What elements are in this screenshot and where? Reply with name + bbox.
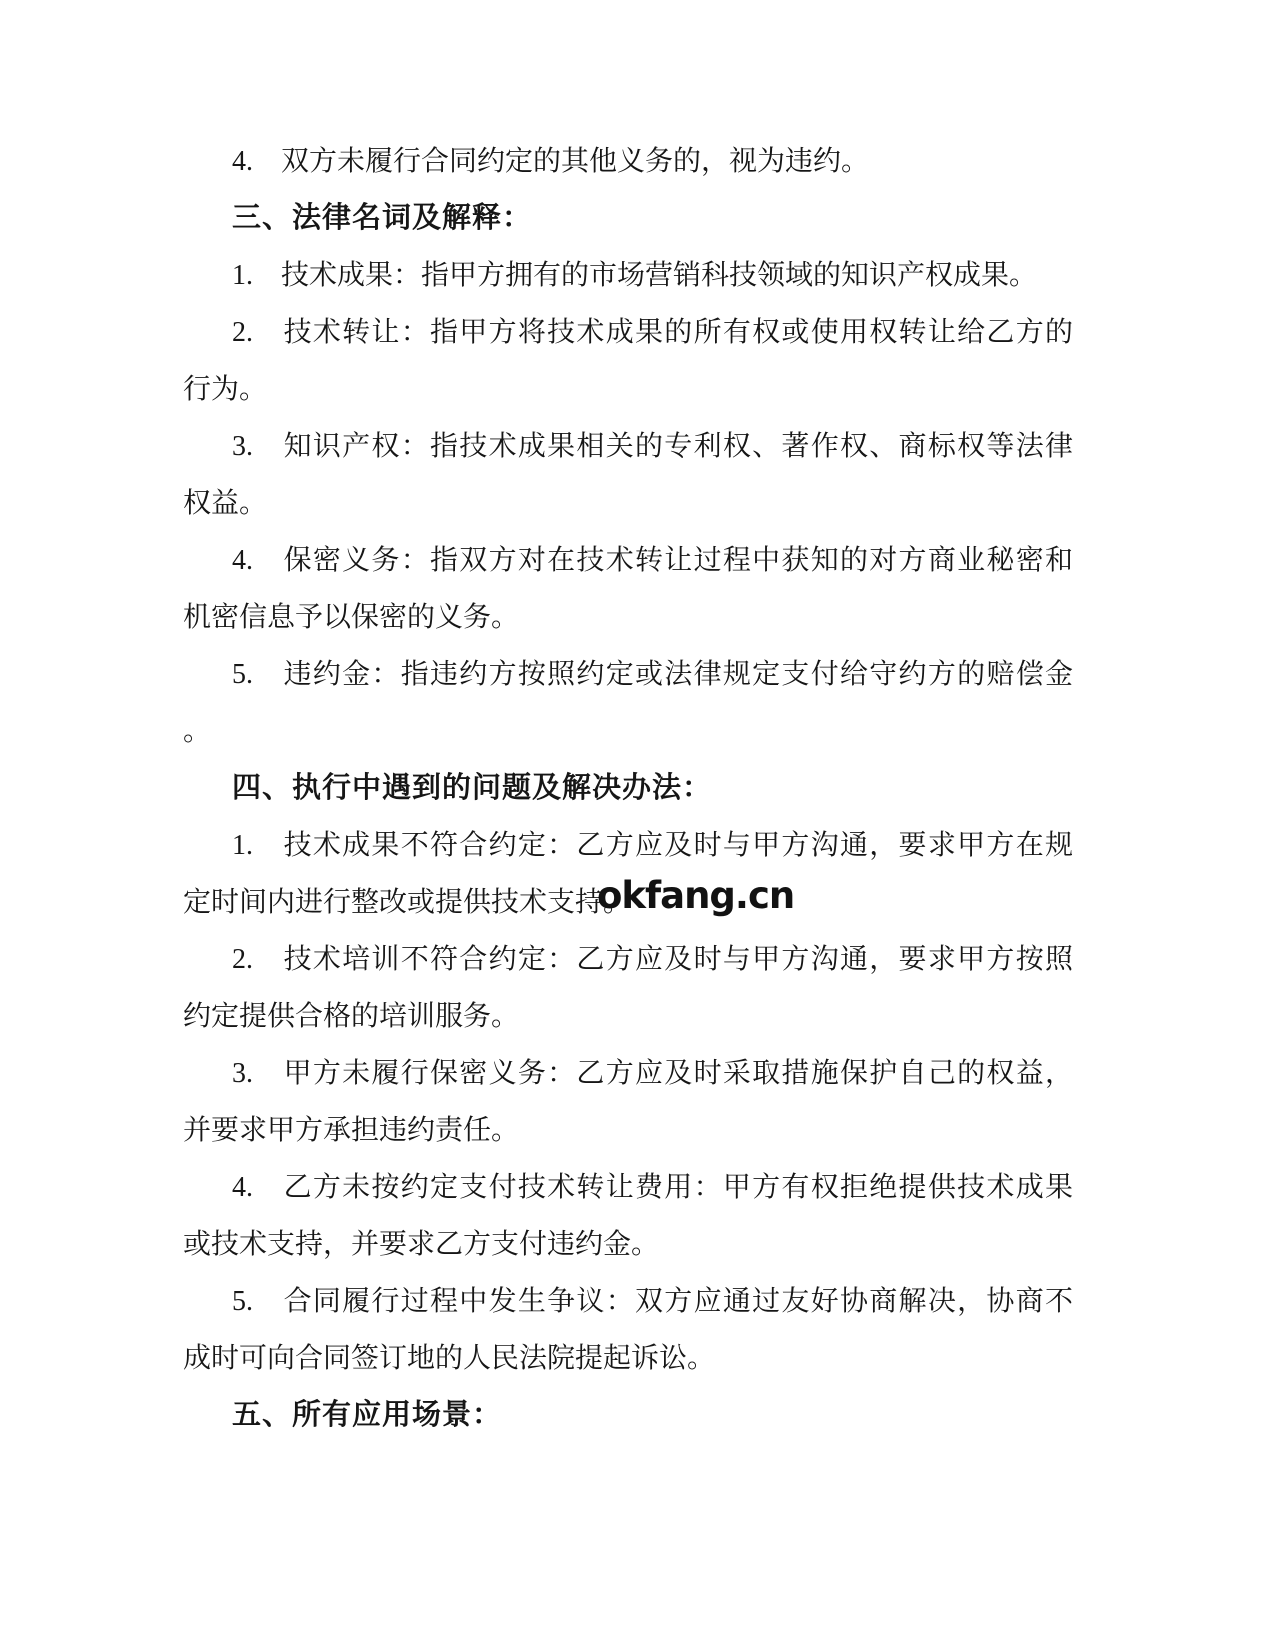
paragraph: 3. 知识产权：指技术成果相关的专利权、著作权、商标权等法律权益。 [183,418,1073,532]
paragraph-line: 并要求甲方承担违约责任。 [183,1102,1073,1159]
paragraph-line: 1. 技术成果不符合约定：乙方应及时与甲方沟通，要求甲方在规 [183,817,1073,874]
paragraph-line: 约定提供合格的培训服务。 [183,988,1073,1045]
paragraph-line: 3. 知识产权：指技术成果相关的专利权、著作权、商标权等法律 [183,418,1073,475]
watermark: okfang.cn [597,876,794,916]
paragraph-line: 3. 甲方未履行保密义务：乙方应及时采取措施保护自己的权益， [183,1045,1073,1102]
section-heading: 五、所有应用场景： [183,1387,1073,1444]
heading-line: 五、所有应用场景： [183,1387,1073,1444]
heading-line: 三、法律名词及解释： [183,190,1073,247]
paragraph: 5. 合同履行过程中发生争议：双方应通过友好协商解决，协商不成时可向合同签订地的… [183,1273,1073,1387]
paragraph-line: 5. 合同履行过程中发生争议：双方应通过友好协商解决，协商不 [183,1273,1073,1330]
paragraph-line: 权益。 [183,475,1073,532]
paragraph-line: 1. 技术成果：指甲方拥有的市场营销科技领域的知识产权成果。 [183,247,1073,304]
paragraph-line: 成时可向合同签订地的人民法院提起诉讼。 [183,1330,1073,1387]
paragraph-line: 或技术支持，并要求乙方支付违约金。 [183,1216,1073,1273]
heading-line: 四、执行中遇到的问题及解决办法： [183,760,1073,817]
paragraph-line: 。 [183,703,1073,760]
paragraph-line: 行为。 [183,361,1073,418]
paragraph: 4. 乙方未按约定支付技术转让费用：甲方有权拒绝提供技术成果或技术支持，并要求乙… [183,1159,1073,1273]
paragraph-line: 4. 保密义务：指双方对在技术转让过程中获知的对方商业秘密和 [183,532,1073,589]
paragraph-line: 4. 乙方未按约定支付技术转让费用：甲方有权拒绝提供技术成果 [183,1159,1073,1216]
paragraph: 4. 双方未履行合同约定的其他义务的，视为违约。 [183,133,1073,190]
section-heading: 四、执行中遇到的问题及解决办法： [183,760,1073,817]
paragraph-line: 机密信息予以保密的义务。 [183,589,1073,646]
paragraph: 3. 甲方未履行保密义务：乙方应及时采取措施保护自己的权益，并要求甲方承担违约责… [183,1045,1073,1159]
document-body: 4. 双方未履行合同约定的其他义务的，视为违约。三、法律名词及解释：1. 技术成… [183,133,1073,1444]
paragraph-line: 4. 双方未履行合同约定的其他义务的，视为违约。 [183,133,1073,190]
paragraph: 5. 违约金：指违约方按照约定或法律规定支付给守约方的赔偿金。 [183,646,1073,760]
paragraph: 1. 技术成果：指甲方拥有的市场营销科技领域的知识产权成果。 [183,247,1073,304]
section-heading: 三、法律名词及解释： [183,190,1073,247]
paragraph-line: 5. 违约金：指违约方按照约定或法律规定支付给守约方的赔偿金 [183,646,1073,703]
paragraph: 4. 保密义务：指双方对在技术转让过程中获知的对方商业秘密和机密信息予以保密的义… [183,532,1073,646]
paragraph: 2. 技术培训不符合约定：乙方应及时与甲方沟通，要求甲方按照约定提供合格的培训服… [183,931,1073,1045]
paragraph: 2. 技术转让：指甲方将技术成果的所有权或使用权转让给乙方的行为。 [183,304,1073,418]
paragraph-line: 2. 技术转让：指甲方将技术成果的所有权或使用权转让给乙方的 [183,304,1073,361]
paragraph-line: 2. 技术培训不符合约定：乙方应及时与甲方沟通，要求甲方按照 [183,931,1073,988]
document-page: 4. 双方未履行合同约定的其他义务的，视为违约。三、法律名词及解释：1. 技术成… [0,0,1275,1650]
